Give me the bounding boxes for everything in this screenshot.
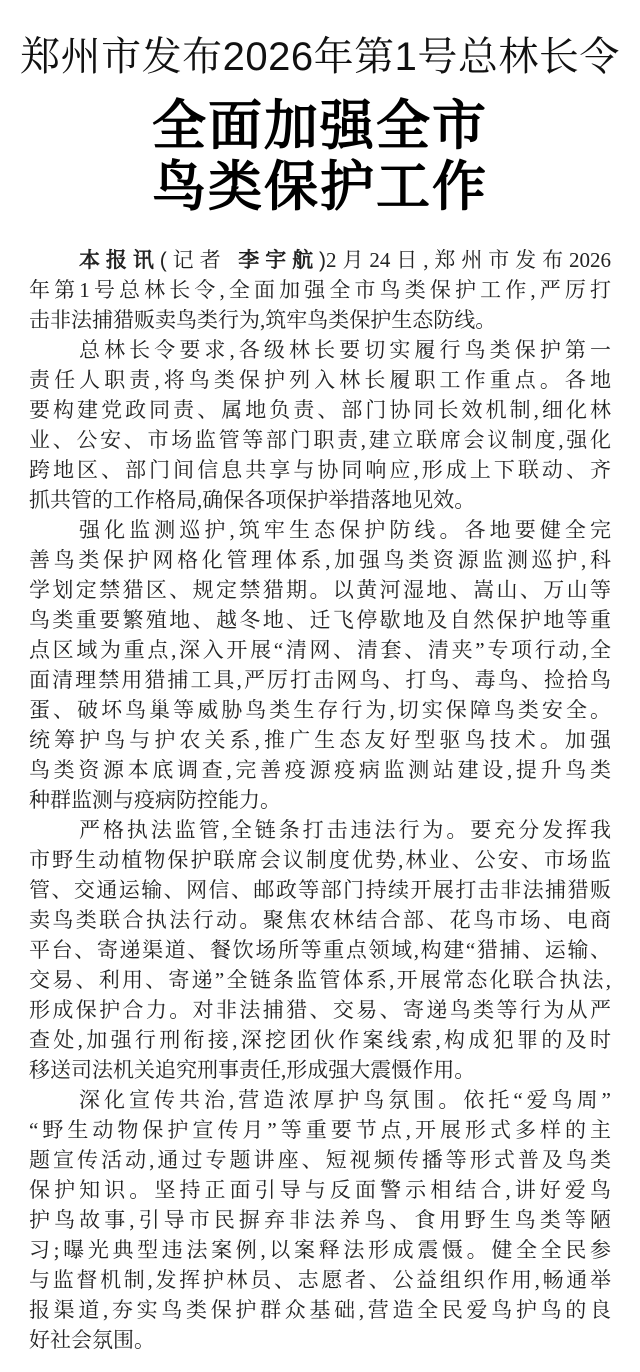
article-kicker: 郑州市发布2026年第1号总林长令 bbox=[0, 32, 640, 82]
body-line: 报渠道,夯实鸟类保护群众基础,营造全民爱鸟护鸟的良 bbox=[29, 1295, 611, 1325]
body-line: 习;曝光典型违法案例,以案释法形成震慑。健全全民参 bbox=[29, 1235, 611, 1265]
body-line: 跨地区、部门间信息共享与协同响应,形成上下联动、齐 bbox=[29, 455, 611, 485]
body-line: 学划定禁猎区、规定禁猎期。以黄河湿地、嵩山、万山等 bbox=[29, 575, 611, 605]
body-line: 平台、寄递渠道、餐饮场所等重点领域,构建“猎捕、运输、 bbox=[29, 935, 611, 965]
body-line: “野生动物保护宣传月”等重要节点,开展形式多样的主 bbox=[29, 1115, 611, 1145]
reporter-name: 李宇航 bbox=[238, 249, 319, 272]
body-line: 交易、利用、寄递”全链条监管体系,开展常态化联合执法, bbox=[29, 965, 611, 995]
body-line: 形成保护合力。对非法捕猎、交易、寄递鸟类等行为从严 bbox=[29, 995, 611, 1025]
body-line: 种群监测与疫病防控能力。 bbox=[29, 785, 611, 815]
article-body: 本报讯(记者 李宇航)2月24日,郑州市发布2026年第1号总林长令,全面加强全… bbox=[29, 245, 611, 1355]
body-line: 移送司法机关追究刑事责任,形成强大震慑作用。 bbox=[29, 1055, 611, 1085]
body-line: 要构建党政同责、属地负责、部门协同长效机制,细化林 bbox=[29, 395, 611, 425]
reporter-suffix: ) bbox=[319, 249, 326, 272]
body-line: 面清理禁用猎捕工具,严厉打击网鸟、打鸟、毒鸟、捡拾鸟 bbox=[29, 665, 611, 695]
body-line: 本报讯(记者 李宇航)2月24日,郑州市发布2026 bbox=[29, 245, 611, 275]
article-title: 全面加强全市 鸟类保护工作 bbox=[0, 96, 640, 218]
body-line: 题宣传活动,通过专题讲座、短视频传播等形式普及鸟类 bbox=[29, 1145, 611, 1175]
article-title-line-1: 全面加强全市 bbox=[0, 96, 640, 157]
body-line: 抓共管的工作格局,确保各项保护举措落地见效。 bbox=[29, 485, 611, 515]
body-line: 善鸟类保护网格化管理体系,加强鸟类资源监测巡护,科 bbox=[29, 545, 611, 575]
body-line: 点区域为重点,深入开展“清网、清套、清夹”专项行动,全 bbox=[29, 635, 611, 665]
body-line: 击非法捕猎贩卖鸟类行为,筑牢鸟类保护生态防线。 bbox=[29, 305, 611, 335]
body-line: 护鸟故事,引导市民摒弃非法养鸟、食用野生鸟类等陋 bbox=[29, 1205, 611, 1235]
body-line: 总林长令要求,各级林长要切实履行鸟类保护第一 bbox=[29, 335, 611, 365]
body-line: 强化监测巡护,筑牢生态保护防线。各地要健全完 bbox=[29, 515, 611, 545]
reporter-prefix: (记者 bbox=[160, 249, 239, 272]
body-line: 鸟类重要繁殖地、越冬地、迁飞停歇地及自然保护地等重 bbox=[29, 605, 611, 635]
article-title-line-2: 鸟类保护工作 bbox=[0, 157, 640, 218]
body-line: 深化宣传共治,营造浓厚护鸟氛围。依托“爱鸟周” bbox=[29, 1085, 611, 1115]
newspaper-article-page: 郑州市发布2026年第1号总林长令 全面加强全市 鸟类保护工作 本报讯(记者 李… bbox=[0, 0, 640, 1372]
body-line: 卖鸟类联合执法行动。聚焦农林结合部、花鸟市场、电商 bbox=[29, 905, 611, 935]
body-line: 鸟类资源本底调查,完善疫源疫病监测站建设,提升鸟类 bbox=[29, 755, 611, 785]
body-line: 查处,加强行刑衔接,深挖团伙作案线索,构成犯罪的及时 bbox=[29, 1025, 611, 1055]
body-line: 与监督机制,发挥护林员、志愿者、公益组织作用,畅通举 bbox=[29, 1265, 611, 1295]
body-line: 严格执法监管,全链条打击违法行为。要充分发挥我 bbox=[29, 815, 611, 845]
body-line: 统筹护鸟与护农关系,推广生态友好型驱鸟技术。加强 bbox=[29, 725, 611, 755]
text-segment: 2月24日,郑州市发布2026 bbox=[326, 248, 611, 272]
body-line: 蛋、破坏鸟巢等威胁鸟类生存行为,切实保障鸟类安全。 bbox=[29, 695, 611, 725]
body-line: 业、公安、市场监管等部门职责,建立联席会议制度,强化 bbox=[29, 425, 611, 455]
body-line: 好社会氛围。 bbox=[29, 1325, 611, 1355]
dateline-label: 本报讯 bbox=[79, 249, 160, 272]
body-line: 保护知识。坚持正面引导与反面警示相结合,讲好爱鸟 bbox=[29, 1175, 611, 1205]
body-line: 责任人职责,将鸟类保护列入林长履职工作重点。各地 bbox=[29, 365, 611, 395]
body-line: 管、交通运输、网信、邮政等部门持续开展打击非法捕猎贩 bbox=[29, 875, 611, 905]
body-line: 年第1号总林长令,全面加强全市鸟类保护工作,严厉打 bbox=[29, 275, 611, 305]
body-line: 市野生动植物保护联席会议制度优势,林业、公安、市场监 bbox=[29, 845, 611, 875]
